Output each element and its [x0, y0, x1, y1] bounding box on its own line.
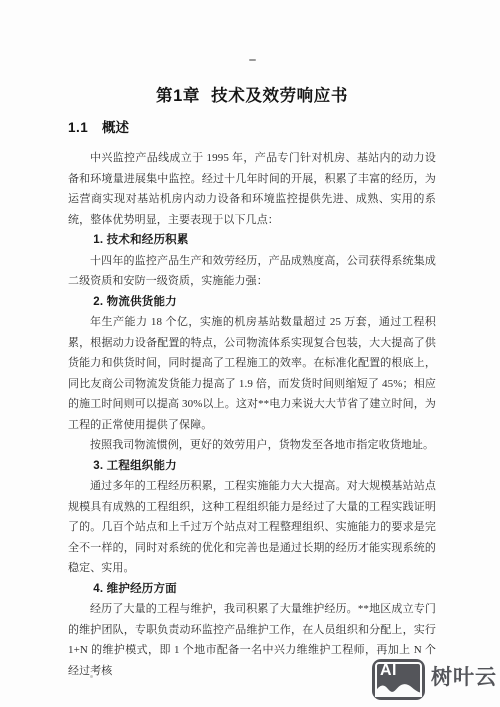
section-number: 1.1 [68, 120, 88, 135]
page-bottom-dot-mark [90, 675, 93, 678]
document-page: 第1章 技术及效劳响应书 1.1 概述 中兴监控产品线成立于 1995 年，产品… [0, 0, 500, 707]
item-1-paragraph-1: 十四年的监控产品生产和效劳经历，产品成熟度高，公司获得系统集成二级资质和安防一级… [68, 251, 436, 292]
item-heading-4: 4. 维护经历方面 [68, 579, 436, 600]
item-heading-1: 1. 技术和经历积累 [68, 230, 436, 251]
watermark: AI 树叶云 [372, 659, 497, 700]
ai-image-logo-icon: AI [372, 659, 425, 700]
item-2-paragraph-2: 按照我司物流惯例，更好的效劳用户，货物发至各地市指定收货地址。 [68, 435, 436, 456]
item-2-paragraph-1: 年生产能力 18 个亿，实施的机房基站数量超过 25 万套，通过工程积累，根据动… [68, 312, 436, 435]
photo-frame-outline [375, 662, 422, 697]
page-top-dash-mark [249, 59, 256, 61]
chapter-title: 第1章 技术及效劳响应书 [68, 87, 436, 106]
page-content: 第1章 技术及效劳响应书 1.1 概述 中兴监控产品线成立于 1995 年，产品… [0, 59, 500, 681]
section-label: 概述 [102, 120, 129, 135]
watermark-brand-text: 树叶云 [431, 667, 497, 692]
item-3-paragraph-1: 通过多年的工程经历积累，工程实施能力大大提高。对大规模基站站点规模具有成熟的工程… [68, 476, 436, 579]
item-heading-3: 3. 工程组织能力 [68, 456, 436, 477]
item-heading-2: 2. 物流供货能力 [68, 292, 436, 313]
section-heading: 1.1 概述 [68, 120, 436, 136]
intro-paragraph: 中兴监控产品线成立于 1995 年，产品专门针对机房、基站内的动力设备和环境量进… [68, 148, 436, 230]
document-body: 中兴监控产品线成立于 1995 年，产品专门针对机房、基站内的动力设备和环境量进… [68, 148, 436, 681]
